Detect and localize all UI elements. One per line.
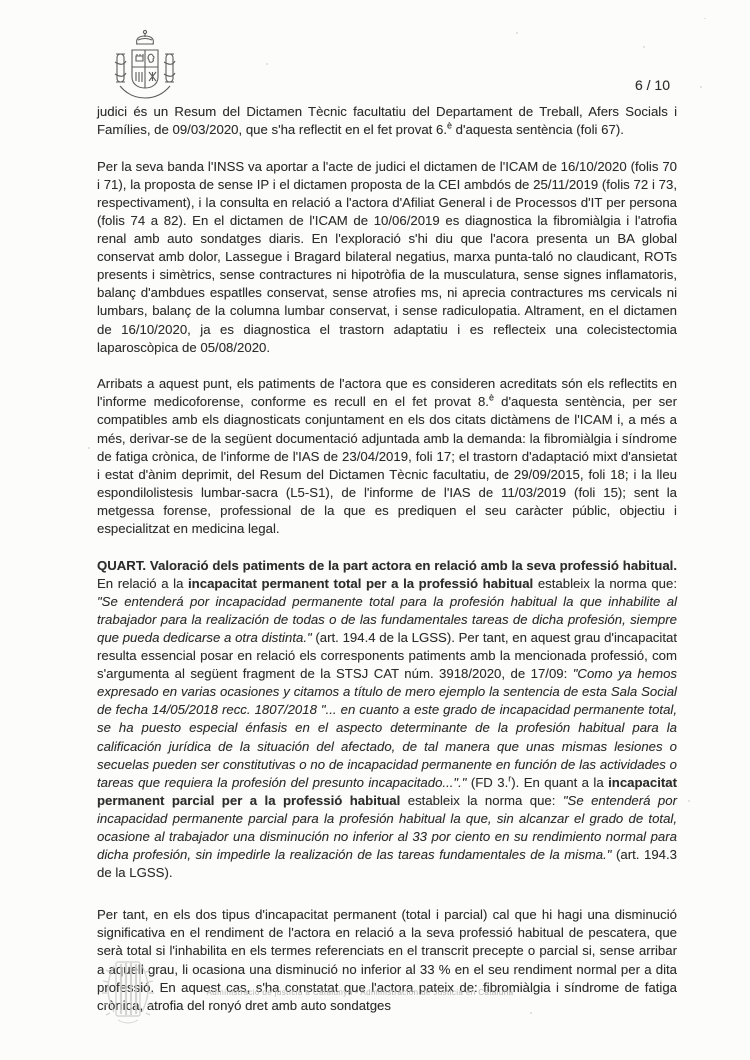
text-run: ). En quant a la xyxy=(511,775,608,790)
document-body: judici és un Resum del Dictamen Tècnic f… xyxy=(97,103,677,1015)
scan-speck xyxy=(88,447,90,449)
scan-speck xyxy=(102,690,104,692)
scan-speck xyxy=(530,1012,532,1014)
paragraph: Per la seva banda l'INSS va aportar a l'… xyxy=(97,158,677,357)
paragraph: judici és un Resum del Dictamen Tècnic f… xyxy=(97,103,677,139)
scan-speck xyxy=(688,800,690,802)
text-run: "Como ya hemos expresado en varias ocasi… xyxy=(97,666,677,790)
document-page: 6 / 10 judici és un Resum del Dictamen T… xyxy=(0,0,750,1060)
spain-coat-of-arms-icon xyxy=(110,28,180,110)
paragraph: Arribats a aquest punt, els patiments de… xyxy=(97,375,677,538)
scan-speck xyxy=(700,86,702,88)
text-run: (FD 3. xyxy=(466,775,508,790)
text-run: d'aquesta sentència (foli 67). xyxy=(452,122,624,137)
scan-speck xyxy=(704,18,706,19)
paragraph: Per tant, en els dos tipus d'incapacitat… xyxy=(97,906,677,1015)
text-run: estableix la norma que: xyxy=(533,576,677,591)
footer-watermark: Administració de justícia a Catalunya - … xyxy=(0,988,720,997)
scan-speck xyxy=(660,980,662,982)
text-run: En relació a la xyxy=(97,576,188,591)
page-number: 6 / 10 xyxy=(635,77,670,93)
text-run: Per la seva banda l'INSS va aportar a l'… xyxy=(97,159,677,355)
paragraph: QUART. Valoració dels patiments de la pa… xyxy=(97,557,677,883)
scan-speck xyxy=(516,32,518,34)
scan-speck xyxy=(643,46,645,48)
text-run: QUART. Valoració dels patiments de la pa… xyxy=(97,558,677,573)
text-run: d'aquesta sentència, per ser compatibles… xyxy=(97,394,677,536)
text-run: incapacitat permanent total per a la pro… xyxy=(188,576,533,591)
scan-speck xyxy=(266,63,268,65)
text-run: estableix la norma que: xyxy=(400,793,563,808)
